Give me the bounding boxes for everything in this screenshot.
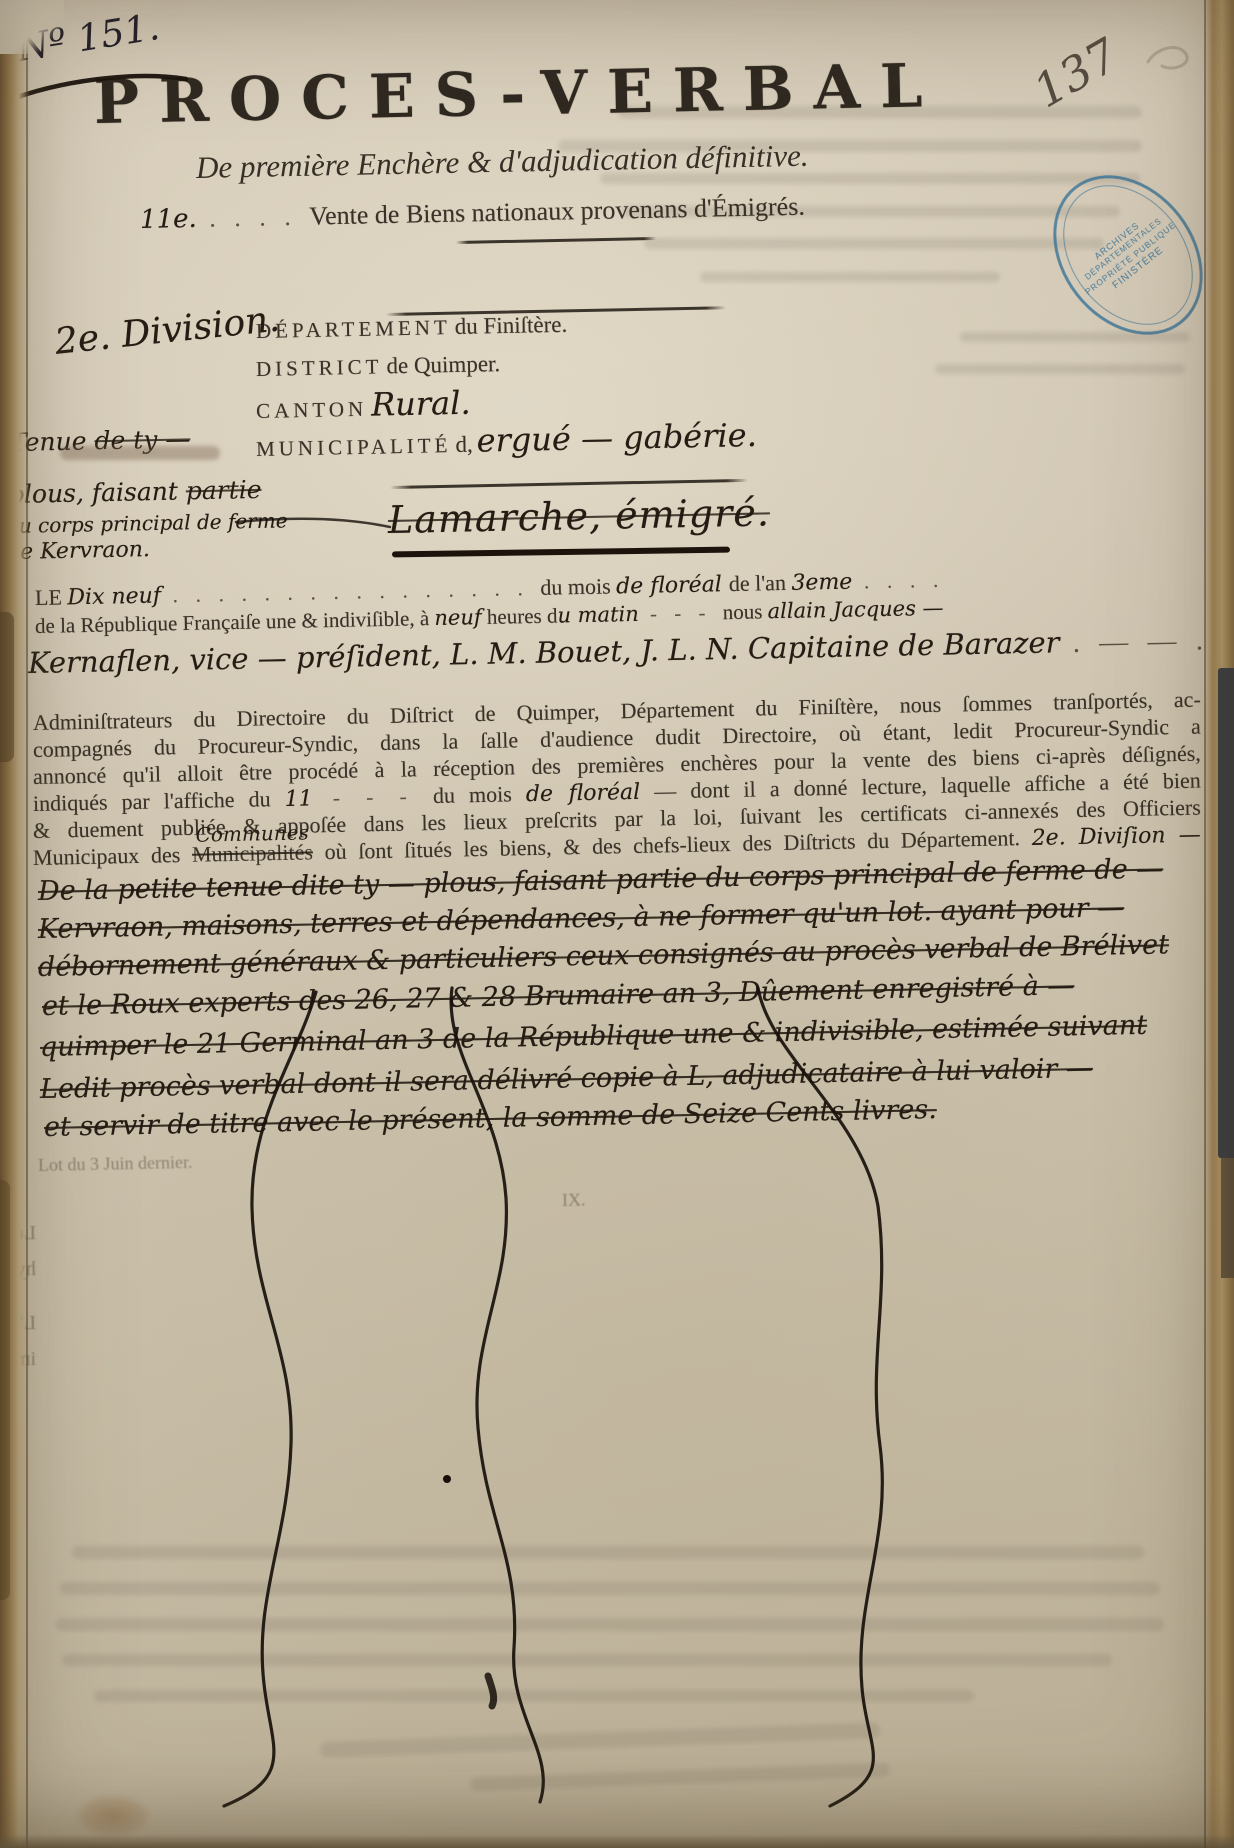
pencil-scribble <box>1148 48 1187 69</box>
dark-page-edge <box>1218 668 1234 1158</box>
cancellation-squiggle-1 <box>224 992 316 1806</box>
page-edge-line <box>1204 0 1206 1848</box>
ink-blob <box>488 1676 494 1706</box>
page-bottom-edge <box>0 1834 1234 1848</box>
binding-shadow <box>0 612 14 762</box>
binding-shadow <box>0 1180 10 1600</box>
cancellation-squiggle-3 <box>758 988 882 1806</box>
stain <box>78 1796 148 1836</box>
archive-number-underline <box>4 76 186 102</box>
ink-dot <box>443 1475 451 1483</box>
ink-overlay <box>0 0 1234 1848</box>
cancellation-squiggle-2 <box>451 988 543 1802</box>
page-corner-fold <box>0 0 64 54</box>
document-page: Nº 151. 137 ARCHIVES DÉPARTEMENTALES PRO… <box>0 0 1234 1848</box>
margin-connector-stroke <box>236 519 390 527</box>
dark-page-edge <box>1221 1158 1234 1278</box>
